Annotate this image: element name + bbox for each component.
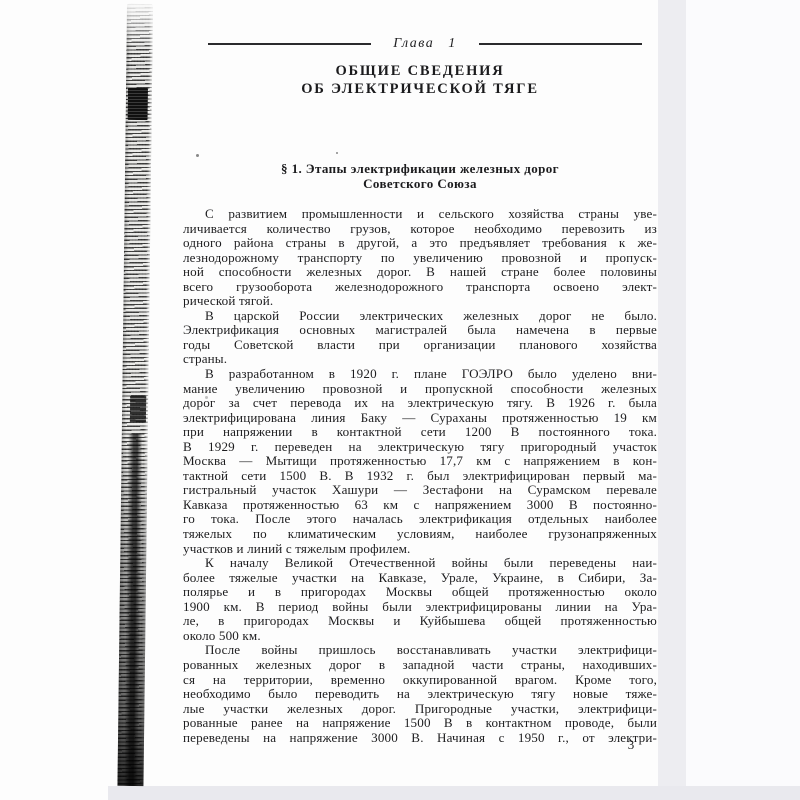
- text-line: Москва — Мытищи протяженностью 17,7 км с…: [183, 454, 657, 469]
- text-line: В царской России электрических железных …: [183, 309, 657, 324]
- text-line: более тяжелые участки на Кавказе, Урале,…: [183, 571, 657, 586]
- text-line: при напряжении в контактной сети 1200 В …: [183, 425, 657, 440]
- text-line: гистральный участок Хашури — Зестафони н…: [183, 483, 657, 498]
- text-line: всего грузооборота железнодорожного тран…: [183, 280, 657, 295]
- text-line: С развитием промышленности и сельского х…: [183, 207, 657, 222]
- text-line: ной способности железных дорог. В нашей …: [183, 265, 657, 280]
- text-line: полярье и в пригородах Москвы общей прот…: [183, 585, 657, 600]
- chapter-running-head: Глава 1: [208, 36, 642, 52]
- binding-dark-patch-middle: [130, 396, 146, 422]
- text-line: мание увеличению провозной и пропускной …: [183, 382, 657, 397]
- photo-background-right: [686, 0, 800, 788]
- text-line: тяжелых по климатическим условиям, наибо…: [183, 527, 657, 542]
- binding-dark-bottom: [117, 434, 147, 786]
- body-text: С развитием промышленности и сельского х…: [183, 207, 657, 745]
- page-number: 3: [621, 737, 641, 753]
- binding-strip: [117, 4, 153, 786]
- text-line: После войны пришлось восстанавливать уча…: [183, 643, 657, 658]
- page-right-edge-shadow: [658, 0, 686, 788]
- text-line: годы Советской власти при организации пл…: [183, 338, 657, 353]
- page-bottom-edge-shadow: [108, 786, 800, 800]
- text-line: лезнодорожному транспорту по увеличению …: [183, 251, 657, 266]
- text-line: ся на территории, временно оккупированно…: [183, 673, 657, 688]
- text-line: одного района страны в другой, а это пре…: [183, 236, 657, 251]
- ink-speck: [336, 152, 338, 154]
- text-line: 1900 км. В период войны были электрифици…: [183, 600, 657, 615]
- text-line: рованные ранее на напряжение 1500 В в ко…: [183, 716, 657, 731]
- header-rule-left: [208, 43, 371, 45]
- text-line: Электрификация основных магистралей была…: [183, 323, 657, 338]
- chapter-title: ОБЩИЕ СВЕДЕНИЯ ОБ ЭЛЕКТРИЧЕСКОЙ ТЯГЕ: [183, 63, 657, 98]
- text-line: страны.: [183, 352, 657, 367]
- section-heading-line-1: § 1. Этапы электрификации железных дорог: [183, 162, 657, 177]
- binding-dark-patch-top: [128, 88, 148, 120]
- ink-speck: [196, 154, 199, 157]
- header-rule-right: [479, 43, 642, 45]
- text-line: дорог за счет перевода их на электрическ…: [183, 396, 657, 411]
- text-line: Кавказа протяженностью 63 км с напряжени…: [183, 498, 657, 513]
- text-line: переведены на напряжение 3000 В. Начиная…: [183, 731, 657, 746]
- text-line: лые участки железных дорог. Пригородные …: [183, 702, 657, 717]
- text-line: участков и линий с тяжелым профилем.: [183, 542, 657, 557]
- text-line: личивается количество грузов, которое не…: [183, 222, 657, 237]
- binding-fade-top: [126, 4, 153, 50]
- text-line: В 1929 г. переведен на электрическую тяг…: [183, 440, 657, 455]
- text-line: рованных железных дорог в западной части…: [183, 658, 657, 673]
- chapter-title-line-2: ОБ ЭЛЕКТРИЧЕСКОЙ ТЯГЕ: [183, 81, 657, 99]
- text-line: ле, в пригородах Москвы и Куйбышева обще…: [183, 614, 657, 629]
- section-heading-line-2: Советского Союза: [183, 177, 657, 192]
- chapter-title-line-1: ОБЩИЕ СВЕДЕНИЯ: [183, 63, 657, 81]
- scanned-page-photo: Глава 1 ОБЩИЕ СВЕДЕНИЯ ОБ ЭЛЕКТРИЧЕСКОЙ …: [0, 0, 800, 800]
- text-line: электрифицирована линия Баку — Сураханы …: [183, 411, 657, 426]
- text-line: В разработанном в 1920 г. плане ГОЭЛРО б…: [183, 367, 657, 382]
- text-line: необходимо было переводить на электричес…: [183, 687, 657, 702]
- section-heading: § 1. Этапы электрификации железных дорог…: [183, 162, 657, 192]
- text-line: тактной сети 1500 В. В 1932 г. был элект…: [183, 469, 657, 484]
- text-line: го тока. После этого началась электрифик…: [183, 512, 657, 527]
- text-line: К началу Великой Отечественной войны был…: [183, 556, 657, 571]
- text-line: рической тягой.: [183, 294, 657, 309]
- chapter-label: Глава 1: [393, 36, 456, 52]
- text-line: около 500 км.: [183, 629, 657, 644]
